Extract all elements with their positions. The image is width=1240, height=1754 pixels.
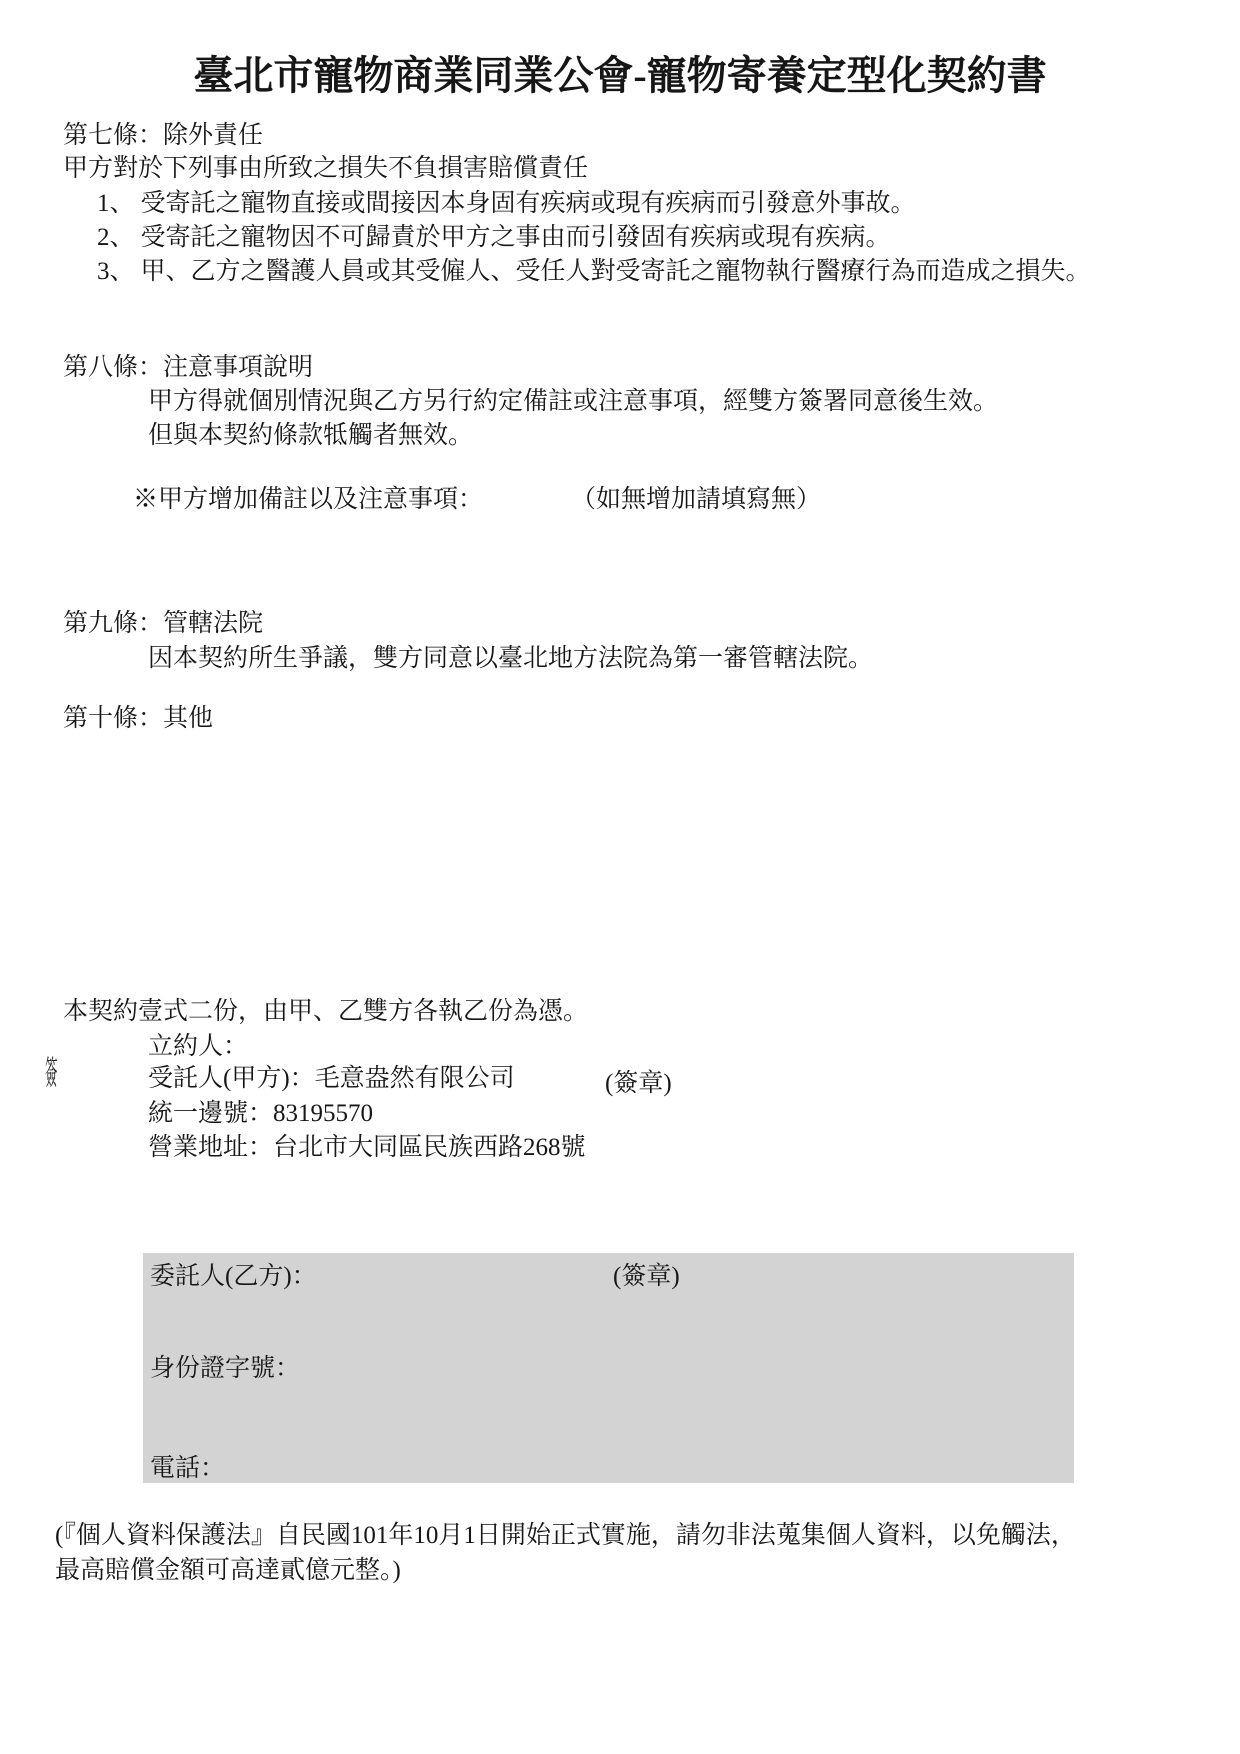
scan-artifact-glyph: 簽: [45, 1056, 58, 1092]
article7-heading: 第七條：除外責任: [63, 120, 263, 151]
article8-note-line: ※甲方增加備註以及注意事項：（如無增加請填寫無）: [133, 484, 821, 515]
list-text: 受寄託之寵物直接或間接因本身固有疾病或現有疾病而引發意外事故。: [141, 188, 916, 219]
list-text: 受寄託之寵物因不可歸責於甲方之事由而引發固有疾病或現有疾病。: [141, 222, 891, 253]
list-text: 甲、乙方之醫護人員或其受僱人、受任人對受寄託之寵物執行醫療行為而造成之損失。: [141, 256, 1091, 287]
privacy-note-line1: (『個人資料保護法』自民國101年10月1日開始正式實施，請勿非法蒐集個人資料，…: [55, 1518, 1076, 1553]
article8-heading: 第八條：注意事項說明: [63, 352, 313, 383]
page-title: 臺北市寵物商業同業公會-寵物寄養定型化契約書: [0, 44, 1240, 101]
article10-heading: 第十條：其他: [63, 703, 213, 734]
copies-line: 本契約壹式二份，由甲、乙雙方各執乙份為憑。: [63, 996, 588, 1027]
signer-label: 立約人：: [148, 1031, 248, 1062]
article8-line1: 甲方得就個別情況與乙方另行約定備註或注意事項，經雙方簽署同意後生效。: [148, 386, 998, 417]
client-seal-label: (簽章): [613, 1261, 680, 1292]
list-number: 2、: [97, 222, 135, 253]
article7-item-2: 2、受寄託之寵物因不可歸責於甲方之事由而引發固有疾病或現有疾病。: [97, 222, 891, 253]
address-line: 營業地址：台北市大同區民族西路268號: [148, 1132, 586, 1163]
article7-intro: 甲方對於下列事由所致之損失不負損害賠償責任: [63, 153, 588, 184]
client-label: 委託人(乙方)：: [150, 1261, 317, 1292]
article8-line2: 但與本契約條款牴觸者無效。: [148, 420, 473, 451]
trustee-line: 受託人(甲方)：毛意盎然有限公司: [148, 1063, 515, 1094]
privacy-note-line2: 最高賠償金額可高達貳億元整。): [55, 1553, 401, 1588]
list-number: 3、: [97, 256, 135, 287]
article9-heading: 第九條：管轄法院: [63, 608, 263, 639]
contract-page: 臺北市寵物商業同業公會-寵物寄養定型化契約書 第七條：除外責任 甲方對於下列事由…: [0, 0, 1240, 1754]
client-signature-box: 委託人(乙方)： (簽章) 身份證字號： 電話：: [143, 1253, 1074, 1483]
client-phone-label: 電話：: [150, 1453, 225, 1484]
note-hint: （如無增加請填寫無）: [571, 484, 821, 515]
article7-item-3: 3、甲、乙方之醫護人員或其受僱人、受任人對受寄託之寵物執行醫療行為而造成之損失。: [97, 256, 1091, 287]
article9-line1: 因本契約所生爭議，雙方同意以臺北地方法院為第一審管轄法院。: [148, 643, 873, 674]
uid-line: 統一邊號：83195570: [148, 1098, 373, 1129]
trustee-seal-label: (簽章): [605, 1063, 672, 1099]
note-label: ※甲方增加備註以及注意事項：: [133, 486, 483, 513]
client-id-label: 身份證字號：: [150, 1353, 300, 1384]
list-number: 1、: [97, 188, 135, 219]
article7-item-1: 1、受寄託之寵物直接或間接因本身固有疾病或現有疾病而引發意外事故。: [97, 188, 916, 219]
